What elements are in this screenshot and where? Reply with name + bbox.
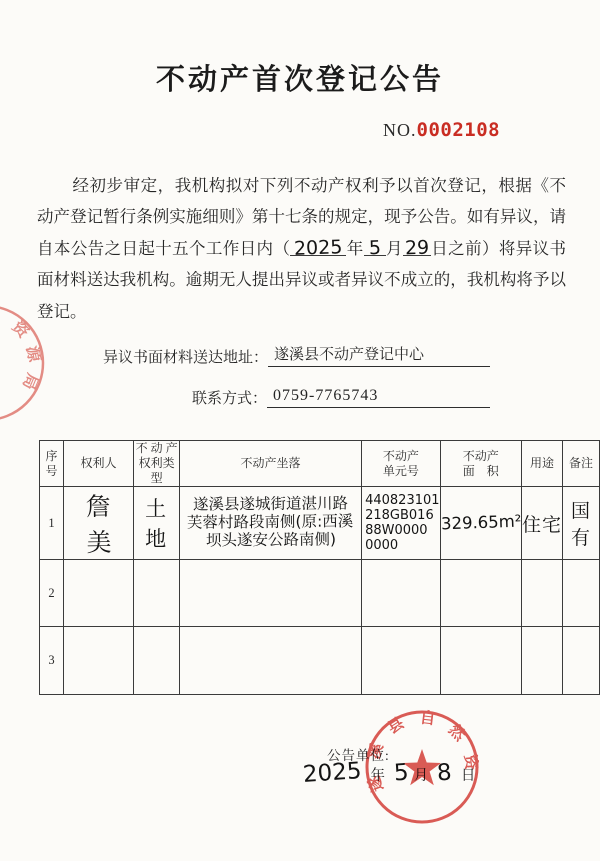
cell-area-2 — [440, 560, 521, 627]
body-paragraph: 经初步审定，我机构拟对下列不动产权利予以首次登记，根据《不动产登记暂行条例实施细… — [37, 170, 566, 328]
cell-unit-number-2 — [362, 560, 440, 627]
year-unit: 年 — [346, 239, 363, 258]
cell-note-2 — [563, 560, 600, 627]
cell-holder-1: 詹美 — [63, 487, 133, 560]
cell-location-2 — [179, 560, 361, 627]
cell-unit-number-1: 440823101 218GB016 88W0000 0000 — [362, 487, 440, 560]
handwritten-month: 5 — [368, 232, 381, 264]
address-row: 异议书面材料送达地址：遂溪县不动产登记中心 — [103, 343, 490, 367]
header-holder: 权利人 — [63, 441, 133, 487]
cell-seq-2: 2 — [40, 560, 64, 627]
address-value: 遂溪县不动产登记中心 — [268, 343, 490, 367]
cell-usage-1: 住宅 — [521, 487, 562, 560]
header-location: 不动产坐落 — [179, 441, 361, 487]
cell-holder-3 — [63, 627, 133, 695]
contact-value: 0759-7765743 — [267, 387, 490, 408]
handwritten-year: 2025 — [294, 232, 343, 265]
month-unit: 月 — [386, 239, 403, 258]
cell-area-1: 329.65m² — [440, 487, 521, 560]
serial-value: 0002108 — [417, 119, 501, 141]
cell-right-type-1: 土地 — [134, 487, 180, 560]
cell-location-1: 遂溪县遂城街道湛川路 芙蓉村路段南侧(原:西溪 坝头遂安公路南侧) — [179, 487, 361, 560]
cell-note-1: 国有 — [563, 487, 600, 560]
partial-seal-left: 资源局 — [0, 296, 62, 438]
blank-year: 2025 — [290, 233, 346, 256]
cell-note-3 — [563, 627, 600, 695]
cell-right-type-2 — [134, 560, 180, 627]
contact-label: 联系方式： — [192, 387, 267, 408]
contact-row: 联系方式：0759-7765743 — [192, 387, 490, 408]
registration-table: 序号 权利人 不 动 产权利类型 不动产坐落 不动产单元号 不动产面 积 用途 … — [39, 440, 600, 695]
table-row: 3 — [40, 627, 600, 695]
serial-number: NO.0002108 — [383, 119, 500, 141]
cell-right-type-3 — [134, 627, 180, 695]
table-row: 1 詹美 土地 遂溪县遂城街道湛川路 芙蓉村路段南侧(原:西溪 坝头遂安公路南侧… — [40, 487, 600, 560]
cell-unit-number-3 — [362, 627, 440, 695]
blank-day: 29 — [403, 233, 431, 256]
cell-location-3 — [179, 627, 361, 695]
header-right-type: 不 动 产权利类型 — [134, 441, 180, 487]
cell-holder-2 — [63, 560, 133, 627]
day-unit: 日之前） — [431, 239, 499, 258]
star-icon — [403, 749, 441, 785]
header-usage: 用途 — [521, 441, 562, 487]
page-title: 不动产首次登记公告 — [0, 57, 600, 98]
blank-month: 5 — [364, 233, 386, 256]
table-header-row: 序号 权利人 不 动 产权利类型 不动产坐落 不动产单元号 不动产面 积 用途 … — [40, 441, 600, 487]
cell-usage-2 — [521, 560, 562, 627]
header-unit-number: 不动产单元号 — [362, 441, 440, 487]
header-note: 备注 — [563, 441, 600, 487]
handwritten-footer-year: 2025 — [302, 758, 362, 788]
header-area: 不动产面 积 — [440, 441, 521, 487]
header-seq: 序号 — [40, 441, 64, 487]
cell-area-3 — [440, 627, 521, 695]
address-label: 异议书面材料送达地址： — [103, 346, 268, 367]
serial-label: NO. — [383, 120, 417, 140]
cell-seq-3: 3 — [40, 627, 64, 695]
official-seal: 遂溪县自然资源局 — [362, 707, 484, 829]
handwritten-day: 29 — [404, 232, 429, 264]
cell-usage-3 — [521, 627, 562, 695]
table-row: 2 — [40, 560, 600, 627]
announcement-document: 不动产首次登记公告 NO.0002108 经初步审定，我机构拟对下列不动产权利予… — [0, 0, 600, 861]
cell-seq-1: 1 — [40, 487, 64, 560]
